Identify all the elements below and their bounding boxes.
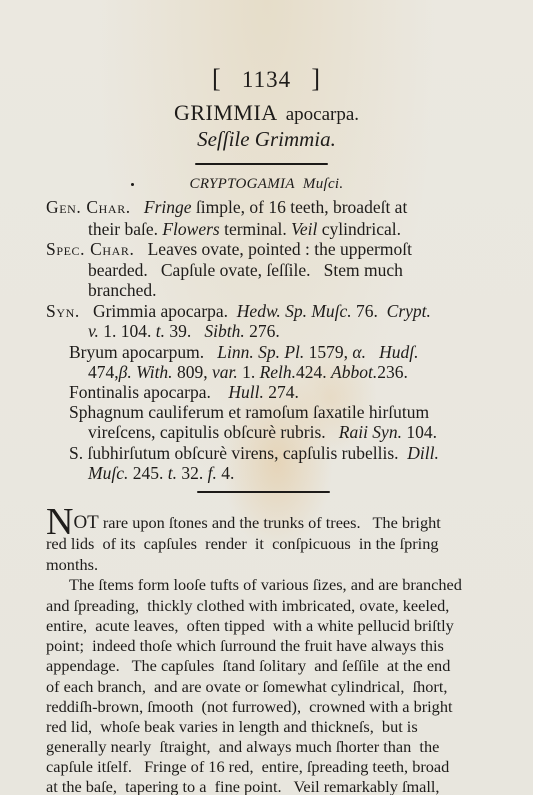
syn-ref: t. bbox=[168, 463, 177, 483]
class-name: CRYPTOGAMIA bbox=[190, 176, 295, 192]
syn-ref: Sibth. bbox=[204, 321, 244, 341]
syn-num: 32. bbox=[181, 463, 203, 483]
syn-num: 424. bbox=[296, 362, 327, 382]
drop-cap-rest: OT bbox=[73, 512, 98, 533]
syn-ref: Dill. bbox=[407, 443, 439, 463]
bracket-left: [ bbox=[212, 64, 222, 93]
syn-line-8: S. ſubhirſutum obſcurè virens, capſulis … bbox=[69, 443, 439, 464]
spec-char-label: Spec. Char. bbox=[46, 239, 134, 259]
desc-line-3: months. bbox=[46, 555, 98, 575]
syn-ref: Abbot. bbox=[331, 362, 377, 382]
syn-ref: var. bbox=[212, 362, 238, 382]
syn-label: Syn. bbox=[46, 301, 80, 321]
gen-char-text: ſimple, of 16 teeth, broadeſt at bbox=[192, 197, 408, 217]
syn-num: 236. bbox=[377, 362, 408, 382]
syn-line-1: Syn. Grimmia apocarpa. Hedw. Sp. Muſc. 7… bbox=[46, 301, 431, 322]
syn-ref: Raii Syn. bbox=[339, 422, 402, 442]
syn-ref: Crypt. bbox=[387, 301, 431, 321]
gen-char-label: Gen. Char. bbox=[46, 197, 131, 217]
syn-ref: t. bbox=[156, 321, 165, 341]
gen-char-flowers: Flowers bbox=[162, 219, 219, 239]
gen-char-text: their baſe. bbox=[88, 219, 162, 239]
syn-num: 245. bbox=[133, 463, 164, 483]
gen-char-text: terminal. bbox=[220, 219, 291, 239]
syn-num: 1579, bbox=[309, 342, 348, 362]
desc-line-14: at the baſe, tapering to a fine point. V… bbox=[46, 777, 440, 795]
desc-line-7: point; indeed thoſe which ſurround the f… bbox=[46, 636, 444, 656]
genus-name: GRIMMIA bbox=[174, 100, 278, 125]
syn-num: 39. bbox=[169, 321, 191, 341]
desc-line-11: red lid, whoſe beak varies in length and… bbox=[46, 717, 418, 737]
syn-ref: With. bbox=[136, 362, 172, 382]
bracket-right: ] bbox=[311, 64, 321, 93]
book-page: [ 1134 ] GRIMMIAapocarpa. Seſſile Grimmi… bbox=[0, 0, 533, 795]
syn-ref: Hull. bbox=[228, 382, 264, 402]
syn-ref: Muſc. bbox=[88, 463, 128, 483]
syn-name: S. ſubhirſutum obſcurè virens, capſulis … bbox=[69, 443, 399, 463]
gen-char-fringe: Fringe bbox=[144, 197, 192, 217]
spec-char-line-1: Spec. Char. Leaves ovate, pointed : the … bbox=[46, 239, 412, 260]
syn-ref: Hudſ. bbox=[379, 342, 418, 362]
syn-line-4: 474,β. With. 809, var. 1. Relh.424. Abbo… bbox=[88, 362, 408, 383]
desc-line-13: capſule itſelf. Fringe of 16 red, entire… bbox=[46, 757, 449, 777]
syn-ref: Relh. bbox=[260, 362, 296, 382]
spec-char-line-3: branched. bbox=[88, 280, 157, 301]
desc-line-5: and ſpreading, thickly clothed with imbr… bbox=[46, 596, 449, 616]
syn-line-5: Fontinalis apocarpa. Hull. 274. bbox=[69, 382, 299, 403]
desc-line-10: reddiſh-brown, ſmooth (not furrowed), cr… bbox=[46, 697, 452, 717]
syn-ref: Hedw. Sp. Muſc. bbox=[237, 301, 352, 321]
desc-line-9: of each branch, and are ovate or ſomewha… bbox=[46, 677, 447, 697]
syn-num: 274. bbox=[268, 382, 299, 402]
common-name: Seſſile Grimmia. bbox=[0, 127, 533, 152]
syn-line-3: Bryum apocarpum. Linn. Sp. Pl. 1579, α. … bbox=[69, 342, 418, 363]
syn-num: 76. bbox=[356, 301, 378, 321]
divider-rule-bottom bbox=[197, 491, 330, 493]
syn-name: Bryum apocarpum. bbox=[69, 342, 204, 362]
page-number-value: 1134 bbox=[242, 67, 291, 92]
syn-num: 1. bbox=[242, 362, 255, 382]
syn-ref: f. bbox=[208, 463, 217, 483]
gen-char-veil: Veil bbox=[291, 219, 317, 239]
gen-char-line-2: their baſe. Flowers terminal. Veil cylin… bbox=[88, 219, 401, 240]
syn-line-7: vireſcens, capitulis obſcurè rubris. Rai… bbox=[88, 422, 437, 443]
syn-line-2: v. 1. 104. t. 39. Sibth. 276. bbox=[88, 321, 280, 342]
desc-line-12: generally nearly ſtraight, and always mu… bbox=[46, 737, 439, 757]
syn-variety: α. bbox=[352, 342, 366, 362]
syn-name: Fontinalis apocarpa. bbox=[69, 382, 211, 402]
syn-line-6: Sphagnum cauliferum et ramoſum ſaxatile … bbox=[69, 402, 429, 423]
divider-rule-top bbox=[195, 163, 328, 165]
syn-line-9: Muſc. 245. t. 32. f. 4. bbox=[88, 463, 234, 484]
desc-line-8: appendage. The capſules ſtand ſolitary a… bbox=[46, 656, 450, 676]
page-number: [ 1134 ] bbox=[0, 64, 533, 94]
spec-char-text: Leaves ovate, pointed : the uppermoſt bbox=[148, 239, 412, 259]
syn-ref: v. bbox=[88, 321, 99, 341]
syn-num: 474, bbox=[88, 362, 119, 382]
syn-num: 4. bbox=[221, 463, 234, 483]
order-name: Muſci. bbox=[303, 176, 344, 192]
species-title: GRIMMIAapocarpa. bbox=[0, 100, 533, 126]
desc-line-4: The ſtems form looſe tufts of various ſi… bbox=[69, 575, 462, 595]
syn-name: Grimmia apocarpa. bbox=[93, 301, 228, 321]
desc-line-6: entire, acute leaves, often tipped with … bbox=[46, 616, 454, 636]
syn-num: 809, bbox=[177, 362, 208, 382]
gen-char-text: cylindrical. bbox=[317, 219, 401, 239]
classification-line: CRYPTOGAMIA Muſci. bbox=[0, 176, 533, 193]
syn-num: 1. 104. bbox=[103, 321, 151, 341]
desc-line-2: red lids of its capſules render it conſp… bbox=[46, 534, 438, 554]
species-epithet: apocarpa. bbox=[286, 104, 359, 125]
syn-num: 276. bbox=[249, 321, 280, 341]
gen-char-line-1: Gen. Char. Fringe ſimple, of 16 teeth, b… bbox=[46, 197, 407, 218]
desc-text: rare upon ſtones and the trunks of trees… bbox=[103, 513, 441, 532]
syn-variety: β. bbox=[119, 362, 132, 382]
syn-num: 104. bbox=[406, 422, 437, 442]
syn-name: vireſcens, capitulis obſcurè rubris. bbox=[88, 422, 326, 442]
syn-ref: Linn. Sp. Pl. bbox=[217, 342, 304, 362]
spec-char-line-2: bearded. Capſule ovate, ſeſſile. Stem mu… bbox=[88, 260, 403, 281]
